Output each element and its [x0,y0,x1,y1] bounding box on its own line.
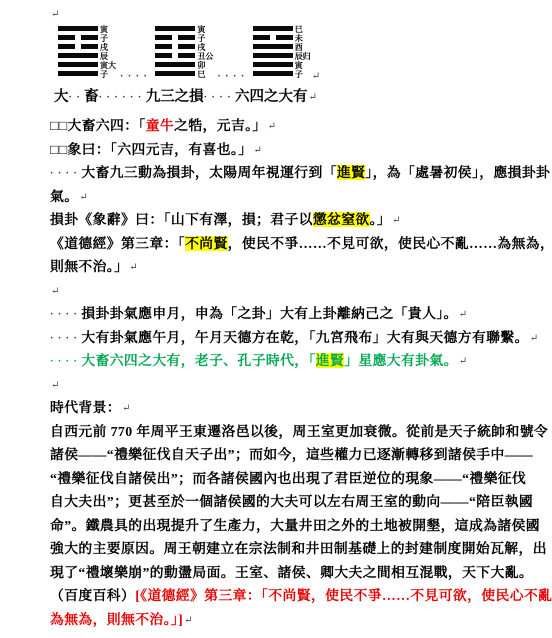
hexagram-line-solid [253,44,293,49]
text-run: “禮樂征伐自諸侯出”；而各諸侯國內也出現了君臣逆位的現象——“禮樂征伐 [50,471,526,486]
space-dots: ···· [50,168,81,179]
text-run: （百度百科） [50,588,135,603]
hexagram-line-broken [58,35,98,40]
hexagram-line-solid [58,26,98,31]
text-run: 。」 [370,212,392,227]
hexagram-line-solid [253,71,293,76]
text-line: 現了“禮壞樂崩”的動盪局面。王室、諸侯、卿大夫之間相互混戰，天下大亂。 [50,561,526,585]
paragraph-mark: ↵ [309,92,317,103]
text-line: 《道德經》第三章：「不尚賢，使民不爭……不見可欲，使民心不亂……為無為， [50,232,526,256]
text-run: 之牿，元吉。」 [174,118,266,133]
hexagram-line-segment [155,53,172,58]
text-run: 時代背景： [50,400,121,415]
text-line: □□大畜六四：「童牛之牿，元吉。」↵ [50,114,526,138]
hexagram-line-solid [155,26,195,31]
text-run: [《道德經》第三章：「不尚賢，使民不爭……不見可欲，使民心不亂…… [135,588,552,603]
text-run: 強大的主要原因。周王朝建立在宗法制和井田制基礎上的封建制度開始瓦解，出 [50,541,547,556]
text-run: 諸侯——“禮樂征伐自天子出”；而如今，這些權力已逐漸轉移到諸侯手中—— [50,447,533,462]
text-run: 不尚賢 [185,236,228,251]
document-body: □□大畜六四：「童牛之牿，元吉。」↵□□象曰：「六四元吉，有喜也。」↵····大… [50,114,526,631]
paragraph-mark: ↵ [129,262,138,273]
paragraph-mark: ↵ [253,145,262,156]
hexagram-lines [155,26,195,80]
document-page: ↵ 寅子戌辰寅大子····寅子戌丑公卯巳····巳未酉辰归寅子↵ 大··畜···… [0,0,552,638]
text-line: ····大畜六四之大有，老子、孔子時代，「進賢」星應大有卦氣。↵ [50,349,526,373]
paragraph-mark: ↵ [51,286,60,297]
text-run: 大畜六四之大有，老子、孔子時代，「 [81,353,315,368]
space-dots: ···· [217,71,248,82]
text-run: 《道德經》第三章：「 [50,236,185,251]
text-run: 九三之損 [146,89,204,105]
hexagram-line-solid [253,62,293,67]
text-run: 進賢 [337,165,365,180]
hexagram-figure-da-xu: 寅子戌辰寅大子 [58,26,116,80]
hexagram-row: 寅子戌辰寅大子····寅子戌丑公卯巳····巳未酉辰归寅子↵ [58,26,526,84]
hexagram-lines [58,26,98,80]
space-dots: ···· [50,333,81,344]
hexagram-line-segment [276,35,293,40]
hexagram-annotation: 子 [295,71,311,80]
text-run: 大 [54,89,69,105]
text-line: “禮樂征伐自諸侯出”；而各諸侯國內也出現了君臣逆位的現象——“禮樂征伐 [50,467,526,491]
text-run: 」星應大有卦氣。 [344,353,458,368]
text-line: 諸侯——“禮樂征伐自天子出”；而如今，這些權力已逐漸轉移到諸侯手中—— [50,443,526,467]
hexagram-line-segment [58,35,75,40]
text-line: 則無不治。」↵ [50,255,526,279]
hexagram-line-segment [253,35,270,40]
hexagram-line-broken [155,44,195,49]
text-line: ····大有卦氣應午月，午月天德方在乾，「九宮飛布」大有與天德方有聯繫。↵ [50,326,526,350]
hexagram-figure-da-you: 巳未酉辰归寅子 [253,26,311,80]
text-line: 為無為，則無不治。」]↵ [50,608,526,632]
hexagram-line-segment [155,35,172,40]
hexagram-line-broken [155,35,195,40]
hexagram-line-segment [58,44,75,49]
hexagram-line-broken [155,53,195,58]
text-line: 自西元前 770 年周平王東遷洛邑以後，周王室更加衰微。從前是天子統帥和號令 [50,420,526,444]
text-line: □□象曰：「六四元吉，有喜也。」↵ [50,138,526,162]
hexagram-annotations: 巳未酉辰归寅子 [295,26,311,80]
hexagram-line-broken [253,35,293,40]
hexagram-annotation: 子 [100,71,116,80]
paragraph-mark: ↵ [530,333,539,344]
space-dots: ···· [50,356,81,367]
text-line: ····損卦卦氣應申月，申為「之卦」大有上卦離納己之「貴人」。↵ [50,302,526,326]
hexagram-line-solid [58,71,98,76]
paragraph-mark: ↵ [122,403,131,414]
text-run: 」，為「處暑初侯」，應損卦卦 [365,165,550,180]
text-run: 大畜九三動為損卦，太陽周年視運行到「 [81,165,337,180]
text-run: □□大畜六四：「 [50,118,146,133]
text-run: 懲忿窒欲 [313,212,370,227]
text-run: 進賢 [316,353,344,368]
text-line: 損卦《象辭》曰：「山下有澤，損；君子以懲忿窒欲。」↵ [50,208,526,232]
hexagram-line-solid [155,62,195,67]
text-line: （百度百科）[《道德經》第三章：「不尚賢，使民不爭……不見可欲，使民心不亂…… [50,584,526,608]
hexagram-line-solid [155,71,195,76]
hexagram-annotations: 寅子戌丑公卯巳 [197,26,213,80]
paragraph-mark: ↵ [184,615,193,626]
text-run: 損卦卦氣應申月，申為「之卦」大有上卦離納己之「貴人」。 [81,306,457,321]
hexagram-lines [253,26,293,80]
space-dots: ···· [50,309,81,320]
paragraph-mark: ↵ [51,380,60,391]
space-dots: ···· [204,92,235,103]
text-run: 自西元前 770 年周平王東遷洛邑以後，周王室更加衰微。從前是天子統帥和號令 [50,424,548,439]
hexagram-line-segment [81,44,98,49]
space-dots: ·· [69,92,85,103]
hexagram-line-solid [253,53,293,58]
hexagram-line-segment [178,35,195,40]
text-line: 自大夫出”；更甚至於一個諸侯國的大夫可以左右周王室的動向——“陪臣執國 [50,490,526,514]
hexagram-line-segment [178,44,195,49]
hexagram-line-segment [81,35,98,40]
text-line: 命”。鐵農具的出現提升了生產力，大量井田之外的土地被開墾，這成為諸侯國 [50,514,526,538]
hexagram-line-solid [58,53,98,58]
text-run: 現了“禮壞樂崩”的動盪局面。王室、諸侯、卿大夫之間相互混戰，天下大亂。 [50,565,533,580]
paragraph-mark: ↵ [51,9,59,20]
paragraph-mark: ↵ [459,309,468,320]
text-run: ，使民不爭……不見可欲，使民心不亂……為無為， [228,236,552,251]
paragraph-mark: ↵ [312,71,320,82]
text-line: ↵ [50,279,526,303]
hexagram-line-segment [178,53,195,58]
paragraph-mark: ↵ [392,215,401,226]
text-run: 氣。 [50,189,78,204]
text-run: 童牛 [146,118,174,133]
text-run: 損卦《象辭》曰：「山下有澤，損；君子以 [50,212,313,227]
paragraph-mark: ↵ [79,192,88,203]
text-line: 強大的主要原因。周王朝建立在宗法制和井田制基礎上的封建制度開始瓦解，出 [50,537,526,561]
text-run: 自大夫出”；更甚至於一個諸侯國的大夫可以左右周王室的動向——“陪臣執國 [50,494,533,509]
hexagram-annotations: 寅子戌辰寅大子 [100,26,116,80]
text-line: ↵ [50,373,526,397]
hexagram-line-segment [155,44,172,49]
paragraph-mark: ↵ [268,121,277,132]
text-line: 時代背景：↵ [50,396,526,420]
hexagram-line-solid [58,62,98,67]
text-line: 氣。↵ [50,185,526,209]
text-run: □□象曰：「六四元吉，有喜也。」 [50,142,252,157]
hexagram-figure-sun: 寅子戌丑公卯巳 [155,26,213,80]
text-run: 為無為，則無不治。」] [50,612,183,627]
space-dots: ···· [120,71,151,82]
text-run: 命”。鐵農具的出現提升了生產力，大量井田之外的土地被開墾，這成為諸侯國 [50,518,540,533]
paragraph-mark: ↵ [459,356,468,367]
space-dots: ······ [99,92,146,103]
hexagram-title-row: 大··畜······九三之損····六四之大有↵ [54,86,526,108]
text-run: 畜 [84,89,99,105]
hexagram-line-broken [58,44,98,49]
text-run: 大有卦氣應午月，午月天德方在乾，「九宮飛布」大有與天德方有聯繫。 [81,330,528,345]
text-run: 則無不治。」 [50,259,128,274]
text-line: ····大畜九三動為損卦，太陽周年視運行到「進賢」，為「處暑初侯」，應損卦卦 [50,161,526,185]
hexagram-annotation: 巳 [197,71,213,80]
hexagram-line-solid [253,26,293,31]
empty-paragraph: ↵ [50,6,526,22]
text-run: 六四之大有 [235,89,308,105]
